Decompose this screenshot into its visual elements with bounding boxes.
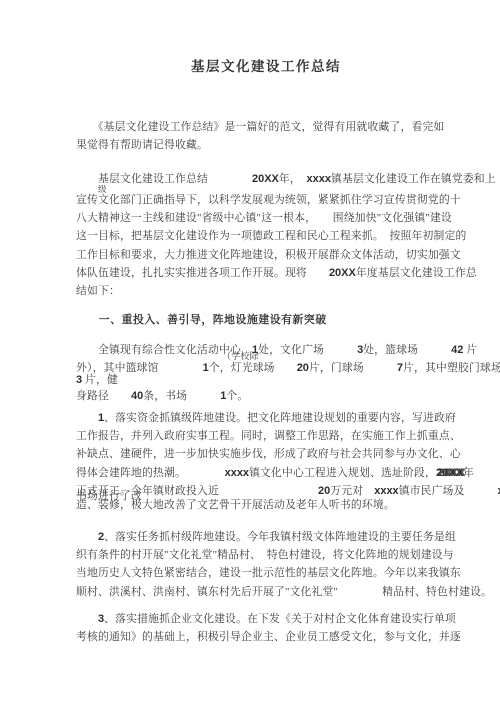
text-segment: 一、重投入、善引导，阵地设施建设有新突破 <box>76 314 327 326</box>
text-segment <box>338 586 382 598</box>
paragraph-facilities-stats: 全镇现有综合性文化活动中心 1处，文化广场 3处，篮球场 42 片（学校除外），… <box>76 341 456 405</box>
document-title: 基层文化建设工作总结 <box>76 58 456 76</box>
number-value: xxxx <box>374 485 398 497</box>
text-segment: 年 <box>463 467 474 479</box>
doc-line: 1、落实资金抓镇级阵地建设。把文化阵地建设规划的重要内容，写进政府 <box>76 409 456 427</box>
text-segment <box>109 390 131 402</box>
text-segment: 结如下： <box>76 285 120 297</box>
text-segment: 、落实资金抓镇级阵地建设。把文化阵地建设规划的重要内容，写进政府 <box>104 412 456 424</box>
text-segment: 镇文化中心工程进入规划、选址阶段， <box>249 467 436 479</box>
doc-line: 身路径 40条，书场 1个。 <box>76 387 456 405</box>
text-segment: 片，门球场 <box>309 362 364 374</box>
text-segment <box>465 485 498 497</box>
number-value: xxxx <box>306 173 330 185</box>
text-segment: 、落实措施抓企业文化建设。在下发《关于对村企文化体育建设实行单项 <box>104 613 456 625</box>
number-value: 20XX <box>436 467 463 479</box>
text-segment: 造、装修，极大地改善了文艺骨干开展活动及老年人听书的环境。 <box>76 499 395 511</box>
text-segment <box>76 412 98 424</box>
doc-line: 顺村、洪溪村、洪南村、镇东村先后开展了"文化礼堂" 精品村、特色村建设。 <box>76 583 456 601</box>
paragraph-opening: 基层文化建设工作总结 20XX年， xxxx镇基层文化建设工作在镇党委和上级宣传… <box>76 170 456 301</box>
text-segment: 这一目标，把基层文化建设作为一项德政工程和民心工程来抓。 <box>76 230 379 242</box>
text-segment <box>256 549 267 561</box>
text-segment <box>324 344 357 356</box>
number-value: 20 <box>318 485 330 497</box>
text-segment <box>159 362 203 374</box>
text-segment <box>418 344 451 356</box>
doc-line: 当地历史人文特色紧密结合，建设一批示范性的基层文化阵地。今年以来我镇东 <box>76 564 456 582</box>
number-value: 42 <box>451 344 463 356</box>
text-segment: 精品村、特色村建设。 <box>382 586 492 598</box>
doc-line: 宣传文化部门正确指导下，以科学发展观为统领，紧紧抓住学习宣传贯彻党的十 <box>76 191 456 209</box>
doc-line: 得体会建阵地的热潮。 xxxx镇文化中心工程进入规划、选址阶段，20XX年 <box>76 464 456 482</box>
doc-line: 外），其中篮球馆 1个，灯光球场 20片，门球场 7片，其中塑胶门球场 <box>76 359 456 377</box>
text-segment: 得体会建阵地的热潮。 <box>76 467 181 479</box>
text-segment <box>379 230 390 242</box>
text-segment: 按照年初制定的 <box>390 230 467 242</box>
doc-line: 基层文化建设工作总结 20XX年， xxxx镇基层文化建设工作在镇党委和上 <box>76 170 456 188</box>
text-segment <box>295 173 306 185</box>
number-value: 20 <box>297 362 309 374</box>
doc-line: 工作报告，并列入政府实事工程。同时，调整工作思路，在实施工作上抓重点、 <box>76 427 456 445</box>
doc-line: 《基层文化建设工作总结》是一篇好的范文，觉得有用就收藏了，看完如 <box>76 118 456 136</box>
doc-line: 结如下： <box>76 282 456 300</box>
text-segment: 片，其中塑胶门球场 <box>403 362 500 374</box>
doc-line: 这一目标，把基层文化建设作为一项德政工程和民心工程来抓。 按照年初制定的 <box>76 227 456 245</box>
paragraph-item-2: 2、落实任务抓村级阵地建设。今年我镇村级文体阵地建设的主要任务是组织有条件的村开… <box>76 528 456 601</box>
text-segment: 当地历史人文特色紧密结合，建设一批示范性的基层文化阵地。今年以来我镇东 <box>76 567 461 579</box>
text-segment: 、落实任务抓村级阵地建设。今年我镇村级文体阵地建设的主要任务是组 <box>104 531 456 543</box>
doc-line: 2、落实任务抓村级阵地建设。今年我镇村级文体阵地建设的主要任务是组 <box>76 528 456 546</box>
text-segment <box>275 362 297 374</box>
text-segment: 织有条件的村开展"文化礼堂"精品村、 <box>76 549 256 561</box>
text-segment <box>307 267 329 279</box>
number-value: xxxx <box>225 467 249 479</box>
text-segment <box>76 531 98 543</box>
text-segment <box>76 613 98 625</box>
text-segment: 宣传文化部门正确指导下，以科学发展观为统领，紧紧抓住学习宣传贯彻党的十 <box>76 194 461 206</box>
text-segment: 工作报告，并列入政府实事工程。同时，调整工作思路，在实施工作上抓重点、 <box>76 430 461 442</box>
text-segment: 身路径 <box>76 390 109 402</box>
text-segment: 围绕加快"文化强镇"建设 <box>333 212 452 224</box>
text-segment: 片 <box>463 344 477 356</box>
text-segment: 镇基层文化建设工作在镇党委和上 <box>331 173 496 185</box>
doc-line: 一、重投入、善引导，阵地设施建设有新突破 <box>76 311 456 329</box>
document-page: 基层文化建设工作总结 《基层文化建设工作总结》是一篇好的范文，觉得有用就收藏了，… <box>0 0 500 708</box>
text-segment: 片，健 <box>82 374 118 386</box>
paragraph-item-1: 1、落实资金抓镇级阵地建设。把文化阵地建设规划的重要内容，写进政府工作报告，并列… <box>76 409 456 515</box>
text-segment: 外），其中篮球馆 <box>76 362 159 374</box>
text-segment: 镇市民广场及 <box>399 485 465 497</box>
paragraph-intro: 《基层文化建设工作总结》是一篇好的范文，觉得有用就收藏了，看完如果觉得有帮助请记… <box>76 118 456 155</box>
number-value: 20XX <box>252 173 279 185</box>
text-segment: 补缺点、建硬件，进一步加快实施步伐，形成了政府与社会共同参与办文化、心 <box>76 448 461 460</box>
doc-line: 织有条件的村开展"文化礼堂"精品村、 特色村建设，将文化阵地的规划建设与 <box>76 546 456 564</box>
doc-line: 果觉得有帮助请记得收藏。 <box>76 136 456 154</box>
text-segment: 处，文化广场 <box>258 344 324 356</box>
text-segment: 果觉得有帮助请记得收藏。 <box>76 139 208 151</box>
text-segment: 顺村、洪溪村、洪南村、镇东村先后开展了"文化礼堂" <box>76 586 338 598</box>
text-segment: 全镇现有综合性文化活动中心 <box>76 344 241 356</box>
document-body: 基层文化建设工作总结 《基层文化建设工作总结》是一篇好的范文，觉得有用就收藏了，… <box>0 0 500 646</box>
text-segment <box>364 362 397 374</box>
text-segment: 个。 <box>226 390 248 402</box>
text-segment <box>363 485 374 497</box>
doc-line: 考核的通知》的基础上，积极引导企业主、企业员工感受文化，参与文化，并逐 <box>76 628 456 646</box>
text-segment <box>187 390 220 402</box>
text-segment: 《基层文化建设工作总结》是一篇好的范文，觉得有用就收藏了，看完如 <box>76 121 445 133</box>
paragraph-item-3: 3、落实措施抓企业文化建设。在下发《关于对村企文化体育建设实行单项考核的通知》的… <box>76 610 456 647</box>
text-segment: 年度基层文化建设工作总 <box>356 267 477 279</box>
text-segment <box>208 173 252 185</box>
text-segment: 基层文化建设工作总结 <box>76 173 208 185</box>
doc-line: 体队伍建设，扎扎实实推进各项工作开展。现将 20XX年度基层文化建设工作总 <box>76 264 456 282</box>
text-segment: 工作目标和要求，大力推进文化阵地建设，积极开展群众文体活动，切实加强文 <box>76 249 461 261</box>
doc-line: 工作目标和要求，大力推进文化阵地建设，积极开展群众文体活动，切实加强文 <box>76 246 456 264</box>
section-heading: 一、重投入、善引导，阵地设施建设有新突破 <box>76 311 456 329</box>
number-value: 40 <box>131 390 143 402</box>
text-segment <box>219 485 318 497</box>
text-segment: 特色村建设，将文化阵地的规划建设与 <box>267 549 454 561</box>
doc-line: 3、落实措施抓企业文化建设。在下发《关于对村企文化体育建设实行单项 <box>76 610 456 628</box>
text-segment: 条，书场 <box>143 390 187 402</box>
text-segment: 八大精神这一主线和建设"省级中心镇"这一根本， <box>76 212 311 224</box>
text-segment: 处，篮球场 <box>363 344 418 356</box>
number-value: 20XX <box>329 267 356 279</box>
text-segment: 年， <box>279 173 296 185</box>
doc-line: 补缺点、建硬件，进一步加快实施步伐，形成了政府与社会共同参与办文化、心 <box>76 445 456 463</box>
text-segment: 万元对 <box>330 485 363 497</box>
doc-line: 八大精神这一主线和建设"省级中心镇"这一根本， 围绕加快"文化强镇"建设 <box>76 209 456 227</box>
text-segment <box>311 212 333 224</box>
text-segment: 考核的通知》的基础上，积极引导企业主、企业员工感受文化，参与文化，并逐 <box>76 631 461 643</box>
text-segment: 个，灯光球场 <box>209 362 275 374</box>
text-segment: 体队伍建设，扎扎实实推进各项工作开展。现将 <box>76 267 307 279</box>
text-segment <box>181 467 225 479</box>
doc-line: 全镇现有综合性文化活动中心 1处，文化广场 3处，篮球场 42 片 <box>76 341 456 359</box>
